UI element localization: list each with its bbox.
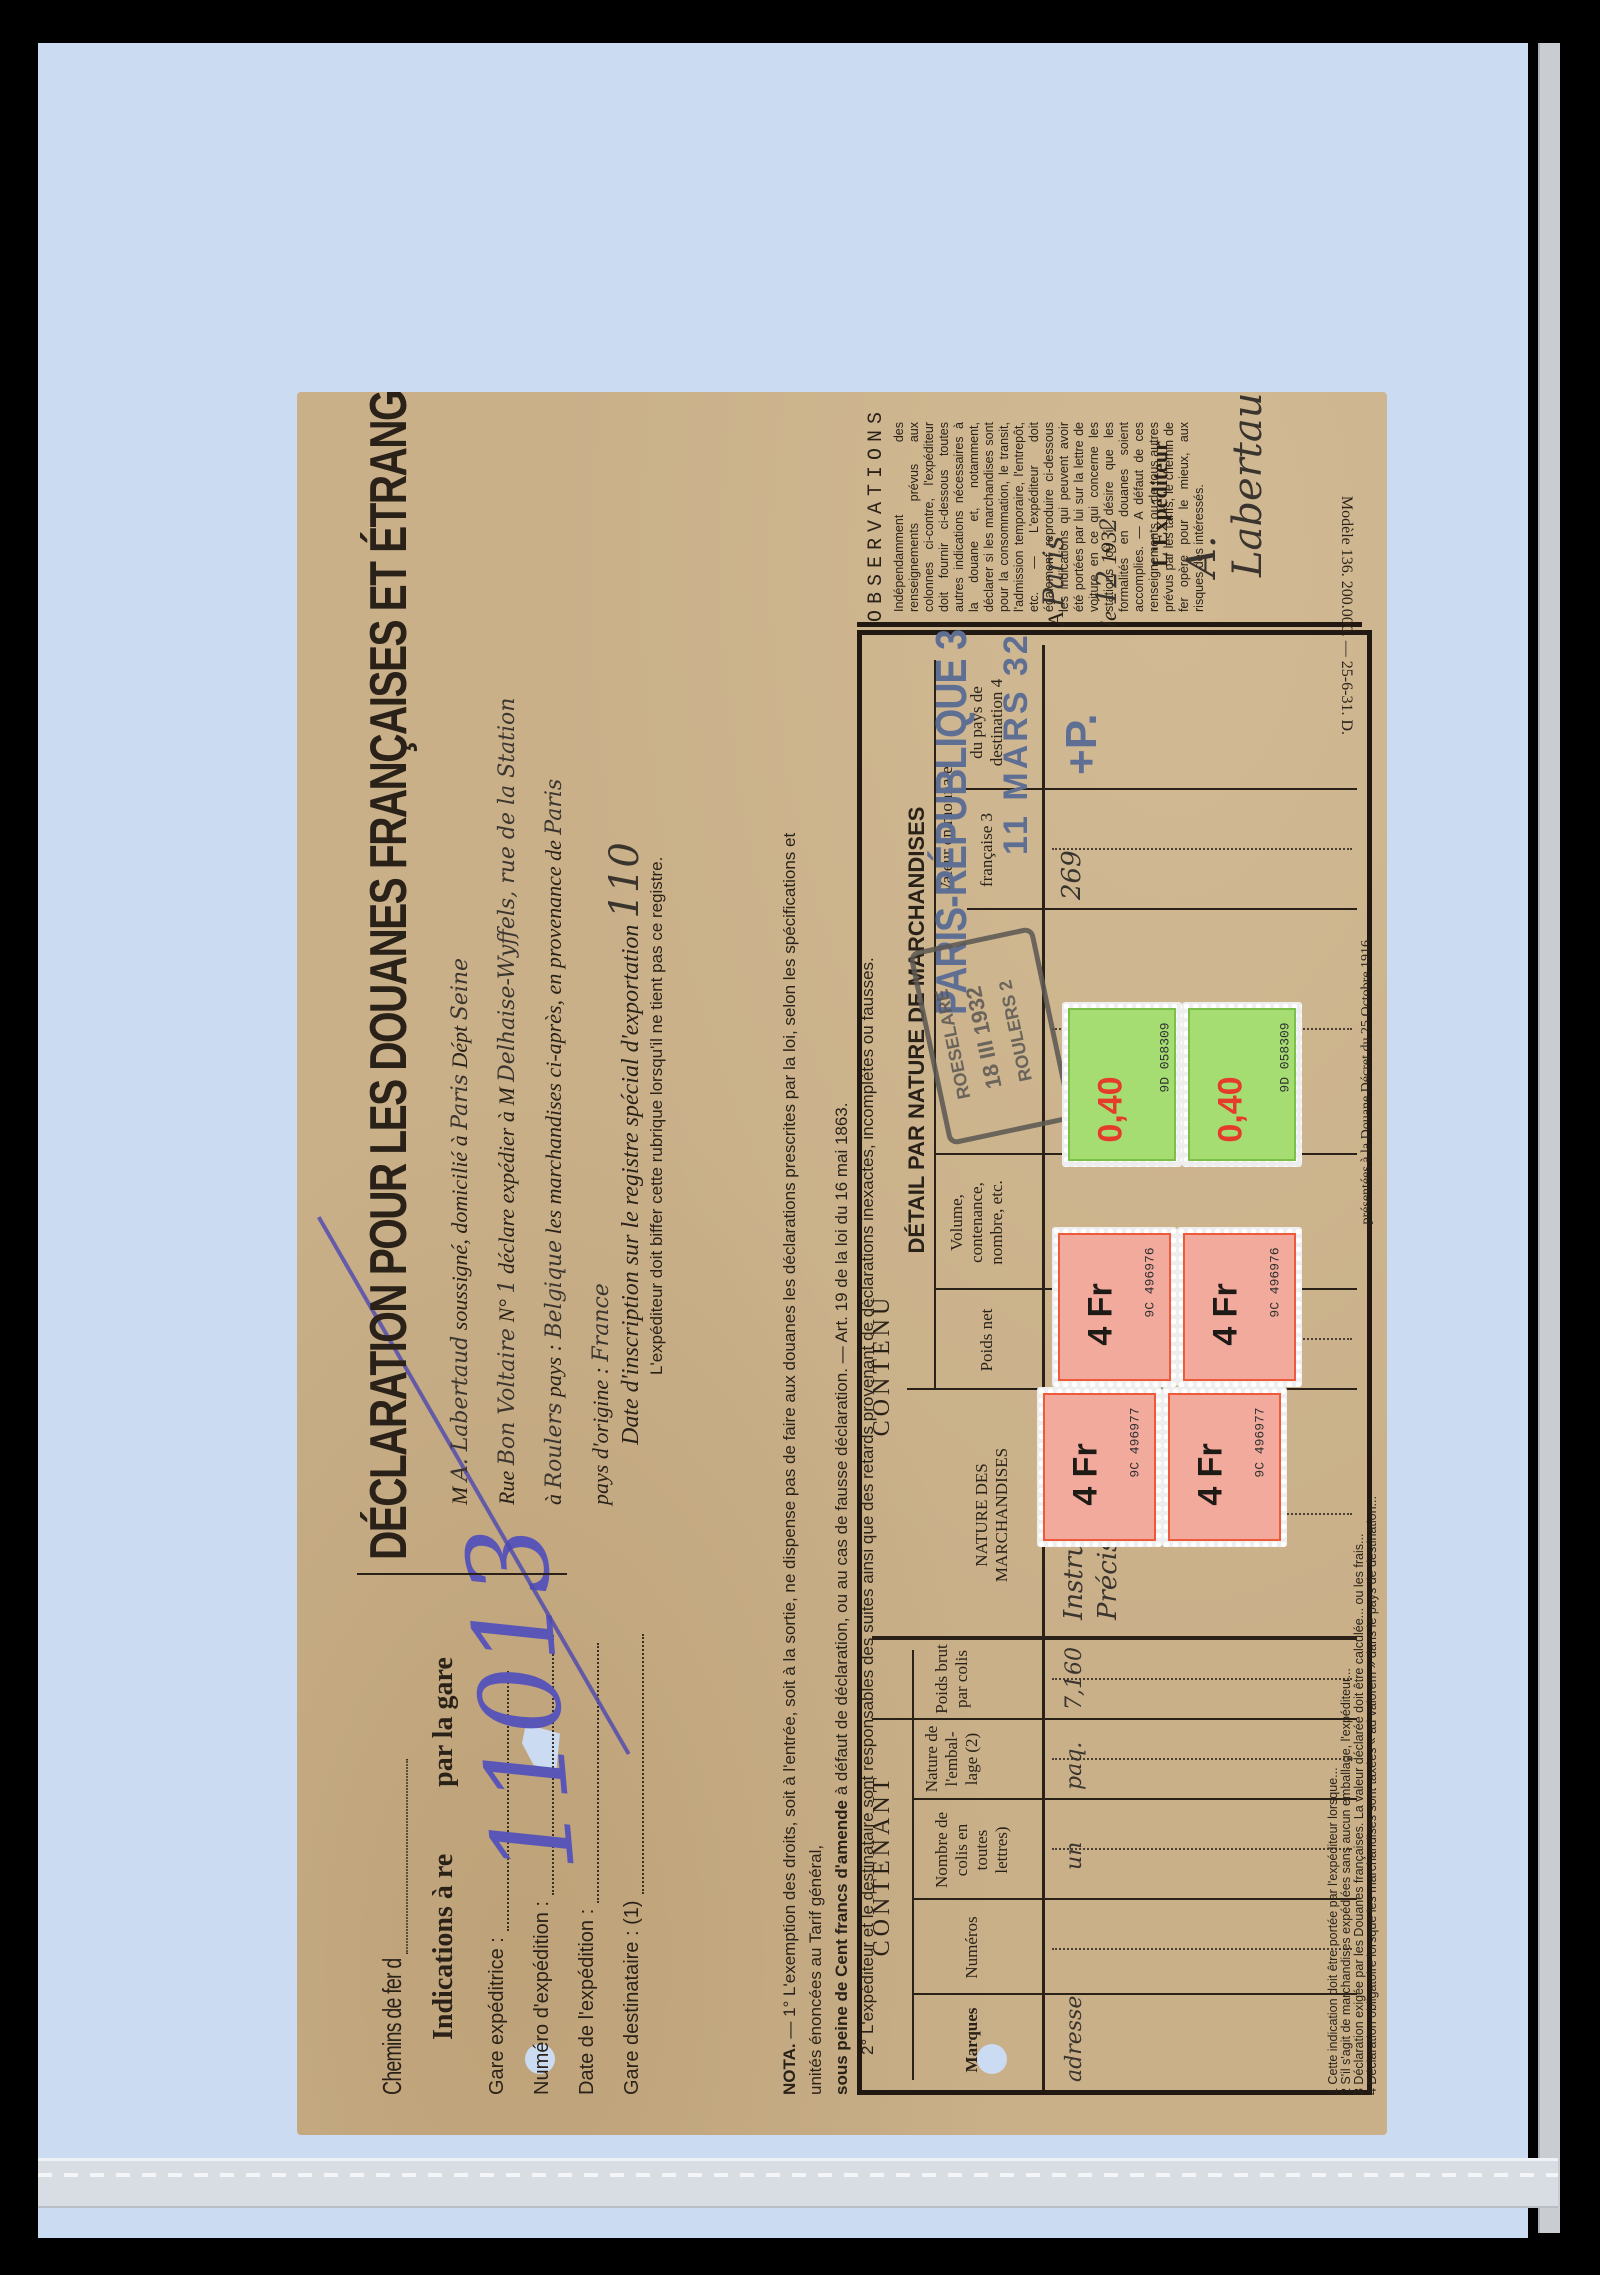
- revenue-stamp-red: 4 Fr 9C 496977: [1037, 1387, 1162, 1547]
- postmark-paris-date: 11 MARS 32: [997, 632, 1036, 855]
- group-contenant: CONTENANT: [872, 1650, 892, 2080]
- col-poids-net: Poids net: [977, 1295, 997, 1385]
- observations-title: OBSERVATIONS: [865, 412, 888, 622]
- group-contenu: CONTENU: [872, 1085, 892, 1645]
- date-inscription: Date d'inscription sur le registre spéci…: [602, 842, 648, 1445]
- sleeve-edge-bottom: [38, 2158, 1558, 2208]
- signature-block: A Paris le 12 1932 L'Expéditeur A. Laber…: [1037, 407, 1271, 627]
- decret-note: ...présentées à la Douane Décret du 25 O…: [1359, 936, 1375, 1235]
- footnotes: 1 Cette indication doit être portée par …: [1327, 1195, 1379, 2095]
- expediteur-label: L'Expéditeur: [1147, 407, 1173, 567]
- postmark-paris-extra: +P.: [1057, 713, 1107, 775]
- col-numeros: Numéros: [962, 1905, 982, 1990]
- revenue-stamp-red: 4 Fr 9C 496977: [1162, 1387, 1287, 1547]
- declaration-line-3: à Roulers pays : Belgique les marchandis…: [531, 505, 578, 1505]
- declaration-lines: M A. Labertaud soussigné, domicilié à Pa…: [437, 505, 625, 1505]
- col-nature-marchandises: NATURE DES MARCHANDISES: [972, 1395, 1012, 1635]
- expediteur-signature: A. Labertaud: [1179, 407, 1271, 577]
- col-marques: Marques: [962, 2000, 982, 2080]
- declaration-line-2: Rue Bon Voltaire N° 1 déclare expédier à…: [484, 505, 531, 1505]
- revenue-stamp-green: 0,40 9D 058309: [1182, 1002, 1302, 1167]
- declaration-line-1: M A. Labertaud soussigné, domicilié à Pa…: [437, 505, 484, 1505]
- biffer-note: L'expéditeur doit biffer cette rubrique …: [647, 857, 667, 1375]
- field-gare-destinataire: Gare destinataire : (1): [621, 1495, 644, 2095]
- modele-line: Modèle 136. 200.000. — 25-6-31. D.: [1337, 496, 1355, 735]
- header-rule: [1042, 645, 1045, 2090]
- col-nature-emballage: Nature de l'embal- lage (2): [922, 1723, 982, 1795]
- revenue-stamp-green: 0,40 9D 058309: [1062, 1002, 1182, 1167]
- title-rule: [357, 1573, 567, 1575]
- form-title: DÉCLARATION POUR LES DOUANES FRANÇAISES …: [359, 392, 419, 1560]
- customs-declaration-form: Chemins de fer d Indications à re par la…: [297, 392, 1387, 2135]
- sleeve-edge-right: [1538, 43, 1560, 2233]
- col-valeur-francaise: française 3: [977, 795, 997, 905]
- col-nombre-colis: Nombre de colis en toutes lettres): [932, 1805, 1012, 1895]
- col-poids-brut: Poids brut par colis: [932, 1643, 972, 1715]
- col-volume: Volume, contenance, nombre, etc.: [947, 1160, 1007, 1285]
- revenue-stamp-red: 4 Fr 9C 496976: [1177, 1227, 1302, 1387]
- revenue-stamp-red: 4 Fr 9C 496976: [1052, 1227, 1177, 1387]
- chemins-de-fer-label: Chemins de fer d: [377, 1645, 408, 2095]
